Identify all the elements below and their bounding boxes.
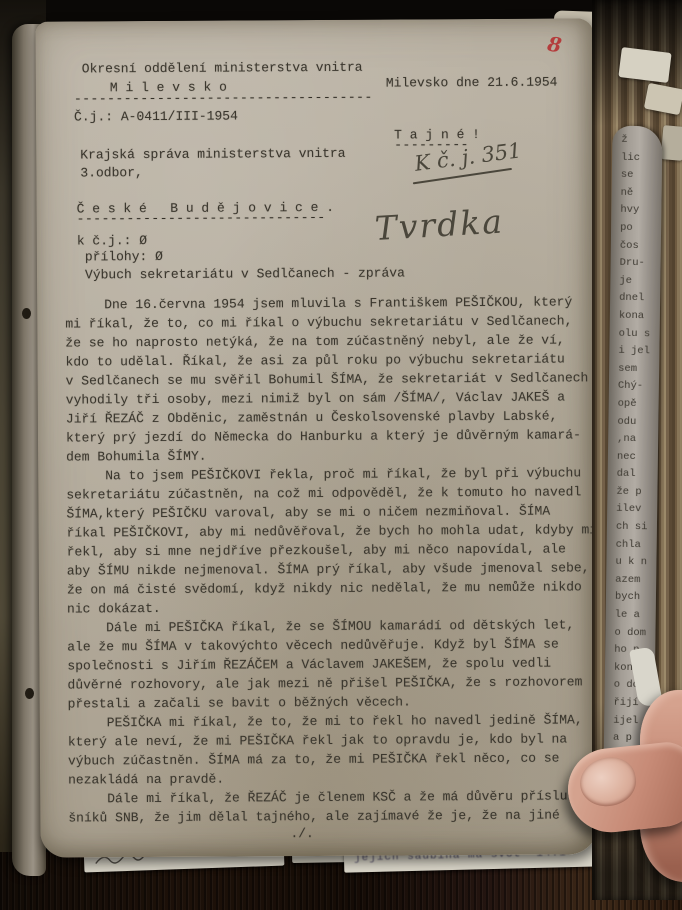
place-and-date: Milevsko dne 21.6.1954 <box>386 75 558 91</box>
enclosures: přílohy: Ø <box>85 249 163 264</box>
typed-underline: ------------------------------ <box>77 210 326 227</box>
office-name-line1: Okresní oddělení ministerstva vnitra <box>82 60 363 77</box>
addressee-line1: Krajská správa ministerstva vnitra <box>80 146 345 163</box>
reference-number: Č.j.: A-0411/III-1954 <box>74 108 238 124</box>
body-line: říkal PEŠIČKOVI, aby mi nedůvěřoval, že … <box>67 520 667 543</box>
page-tab-edge <box>618 47 671 83</box>
body-line: v Sedlčanech se mu svěřil Bohumil ŠÍMA, … <box>66 368 666 391</box>
body-line: že on má čisté svědomí, když nikdy nic n… <box>67 577 667 600</box>
page-tab-edge <box>661 125 682 161</box>
addressee-line2: 3.odbor, <box>80 165 143 180</box>
handwritten-signature: Tvrdka <box>374 202 505 248</box>
binding-hole <box>22 308 31 319</box>
subject-line: Výbuch sekretariátu v Sedlčanech - zpráv… <box>85 265 405 282</box>
archival-document-photo: jejich saubina ma svot- 14.1 ž lic se ně… <box>0 0 682 910</box>
document-page: 8 Okresní oddělení ministerstva vnitra M… <box>35 18 598 857</box>
body-line: PEŠIČKA mi říkal, že to, že mi to řekl h… <box>68 710 668 733</box>
continuation-mark: ./. <box>290 826 313 841</box>
binding-hole <box>25 688 34 699</box>
to-reference: k č.j.: Ø <box>77 233 147 248</box>
typed-underline: ------------------------------------ <box>74 90 373 107</box>
handwritten-page-number: 8 <box>546 32 563 58</box>
body-line: důvěrné rozhovory, ale jak mezi ně přiše… <box>67 672 667 695</box>
body-text: Dne 16.června 1954 jsem mluvila s Franti… <box>65 292 668 828</box>
body-line: sekretariátu zúčastněn, na což mi odpově… <box>66 482 666 505</box>
body-line: který prý jezdí do Německa do Hanburku a… <box>66 425 666 448</box>
